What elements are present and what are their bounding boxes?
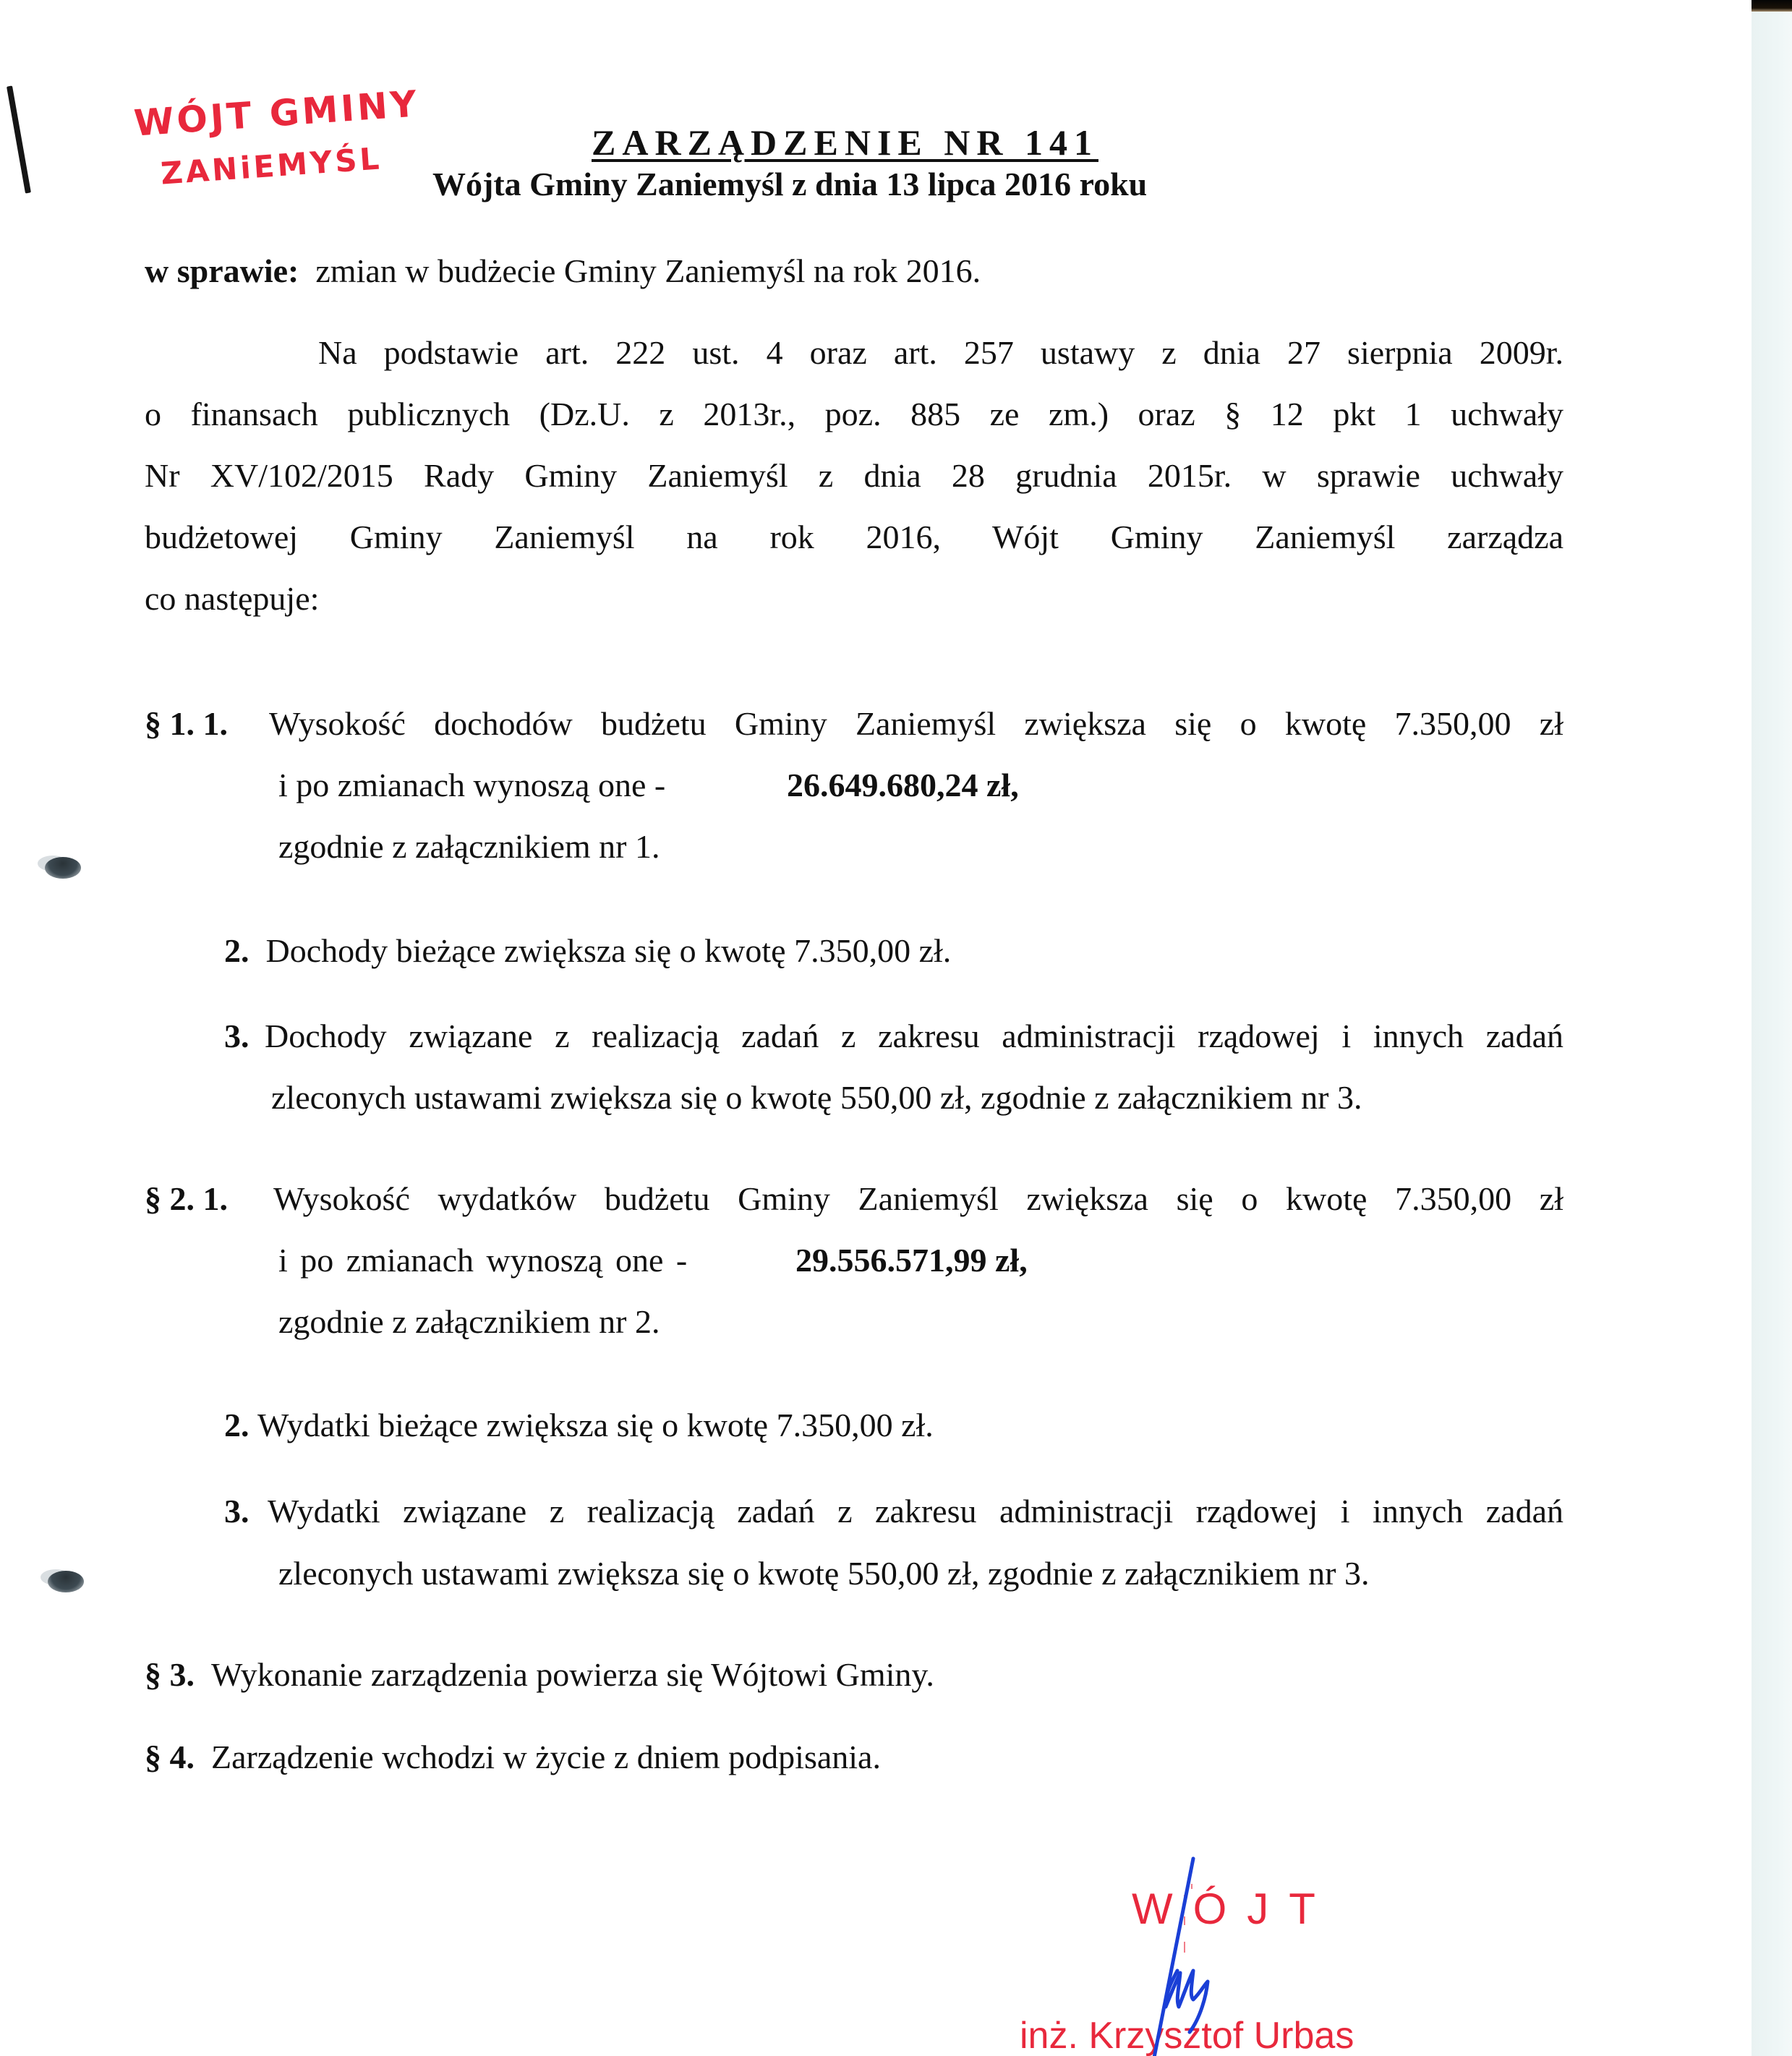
section-2-point-2: 2. Wydatki bieżące zwiększa się o kwotę … [224, 1409, 934, 1442]
section-2-point-3-marker: 3. [224, 1495, 249, 1528]
section-1-point-3-line-2: zleconych ustawami zwiększa się o kwotę … [271, 1081, 1362, 1114]
preamble-line: co następuje: [145, 582, 319, 615]
document-subtitle: Wójta Gminy Zaniemyśl z dnia 13 lipca 20… [432, 165, 1147, 203]
stamp-line-1: WÓJT GMINY [132, 82, 420, 144]
section-1-total-income: 26.649.680,24 zł, [787, 769, 1019, 802]
document-title: ZARZĄDZENIE NR 141 [592, 121, 1098, 163]
subject-text: zmian w budżecie Gminy Zaniemyśl na rok … [315, 252, 981, 289]
section-2-marker: § 2. 1. [145, 1182, 228, 1216]
scanner-edge [1752, 0, 1792, 2056]
section-4: § 4. Zarządzenie wchodzi w życie z dniem… [145, 1741, 881, 1774]
subject: w sprawie: zmian w budżecie Gminy Zaniem… [145, 255, 981, 288]
scanner-edge-top [1752, 0, 1792, 12]
preamble-line: Nr XV/102/2015 Rady Gminy Zaniemyśl z dn… [145, 459, 1563, 492]
section-3: § 3. Wykonanie zarządzenia powierza się … [145, 1658, 934, 1692]
section-1-point-3-line-1: Dochody związane z realizacją zadań z za… [265, 1020, 1563, 1053]
section-1-line-2: i po zmianach wynoszą one - [278, 769, 665, 802]
handwritten-signature-icon [1085, 1851, 1273, 2056]
preamble-line: Na podstawie art. 222 ust. 4 oraz art. 2… [318, 336, 1563, 370]
section-2-line-1: Wysokość wydatków budżetu Gminy Zaniemyś… [273, 1182, 1563, 1216]
section-1-marker: § 1. 1. [145, 707, 228, 741]
preamble-line: o finansach publicznych (Dz.U. z 2013r.,… [145, 398, 1563, 431]
section-2-line-3: zgodnie z załącznikiem nr 2. [278, 1305, 660, 1339]
section-1-line-3: zgodnie z załącznikiem nr 1. [278, 830, 660, 863]
punch-hole-icon [48, 1571, 84, 1592]
punch-hole-icon [45, 857, 81, 879]
subject-label: w sprawie: [145, 252, 299, 289]
section-2-point-3-line-2: zleconych ustawami zwiększa się o kwotę … [278, 1557, 1370, 1590]
section-1-line-1: Wysokość dochodów budżetu Gminy Zaniemyś… [269, 707, 1563, 741]
section-1-point-2: 2. Dochody bieżące zwiększa się o kwotę … [224, 934, 951, 968]
section-2-line-2: i po zmianach wynoszą one - [278, 1244, 687, 1277]
section-2-total-expenses: 29.556.571,99 zł, [795, 1244, 1028, 1277]
section-1-point-3-marker: 3. [224, 1020, 249, 1053]
section-2-point-3-line-1: Wydatki związane z realizacją zadań z za… [268, 1495, 1563, 1528]
pen-mark [7, 85, 31, 193]
stamp-line-2: ZANiEMYŚL [160, 140, 383, 191]
preamble-line: budżetowej Gminy Zaniemyśl na rok 2016, … [145, 521, 1563, 554]
